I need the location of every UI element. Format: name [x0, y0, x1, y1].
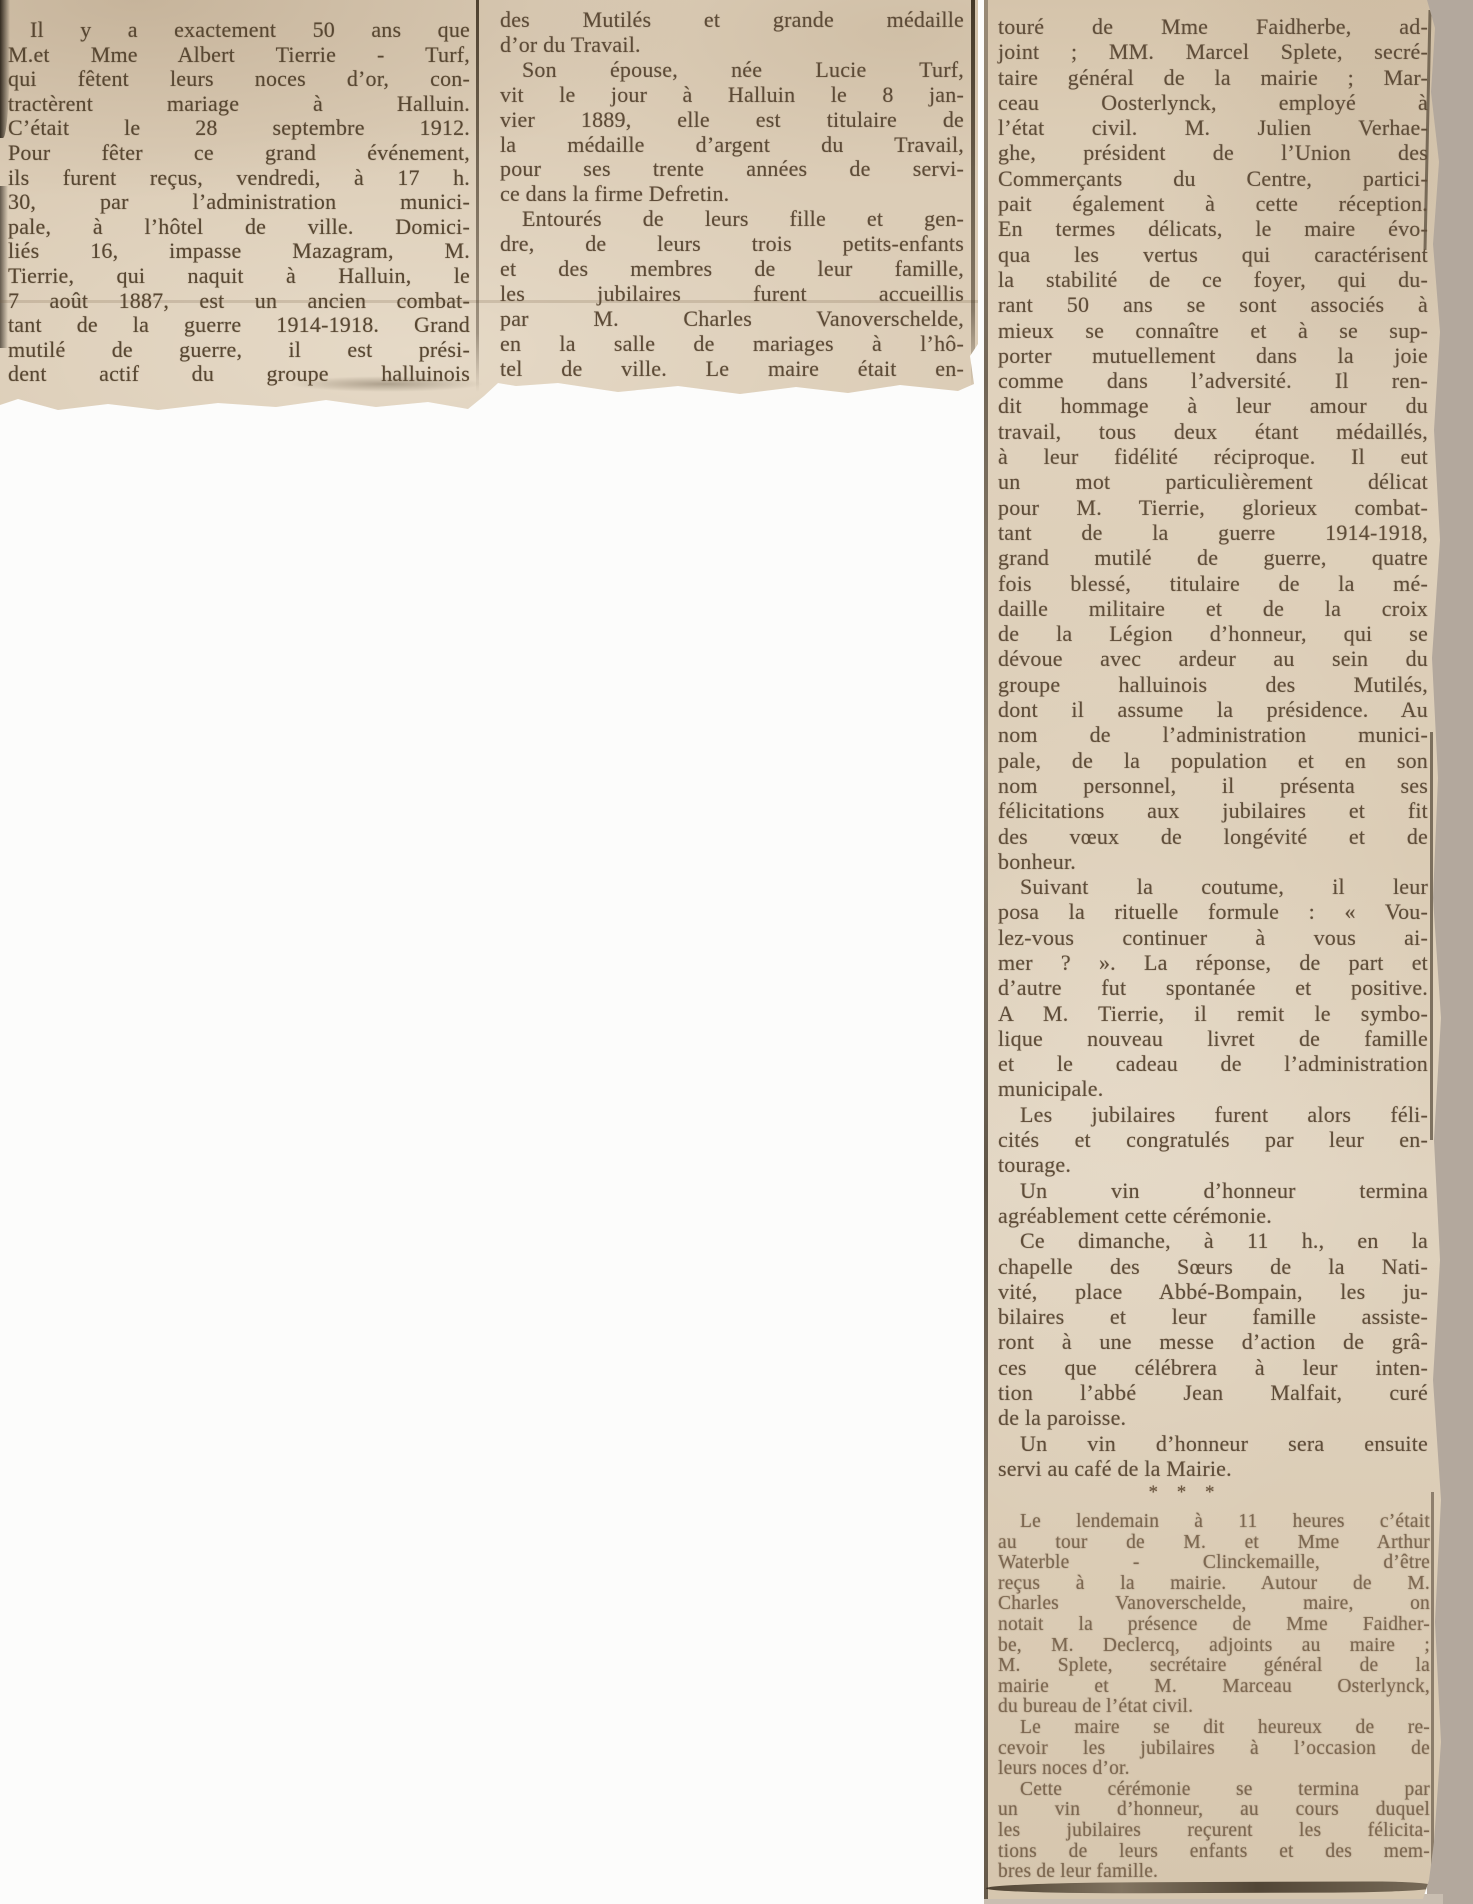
text-line: des vœux de longévité et de [998, 824, 1428, 849]
text-line: municipale. [998, 1076, 1428, 1101]
text-line: liés 16, impasse Mazagram, M. [8, 239, 470, 264]
text-line: mairie et M. Marceau Osterlynck, [998, 1677, 1430, 1698]
text-line: nom de l’administration munici- [998, 722, 1428, 747]
text-line: dévoue avec ardeur au sein du [998, 646, 1428, 671]
text-line: M.et Mme Albert Tierrie - Turf, [8, 43, 470, 68]
text-line: touré de Mme Faidherbe, ad- [998, 14, 1428, 39]
text-line: Le maire se dit heureux de re- [998, 1718, 1430, 1739]
text-line: Waterble - Clinckemaille, d’être [998, 1553, 1430, 1574]
section-separator: * * * [970, 1482, 1400, 1504]
text-line: dre, de leurs trois petits-enfants [500, 232, 964, 257]
text-line: ces que célébrera à leur inten- [998, 1355, 1428, 1380]
text-line: A M. Tierrie, il remit le symbo- [998, 1001, 1428, 1026]
column-divider-rule-2 [971, 0, 975, 388]
clipping-right-strip: touré de Mme Faidherbe, ad-joint ; MM. M… [984, 0, 1443, 1899]
text-line: lique nouveau livret de famille [998, 1026, 1428, 1051]
text-line: pour M. Tierrie, glorieux combat- [998, 495, 1428, 520]
text-line: Les jubilaires furent alors féli- [998, 1102, 1428, 1127]
torn-edge-strip-right-lower [1431, 1492, 1434, 1880]
text-line: Il y a exactement 50 ans que [8, 18, 470, 43]
text-line: Entourés de leurs fille et gen- [500, 207, 964, 232]
text-line: à leur fidélité réciproque. Il eut [998, 444, 1428, 469]
column-divider-rule-1 [476, 0, 479, 392]
article-column-3-part-1: touré de Mme Faidherbe, ad-joint ; MM. M… [998, 14, 1428, 1481]
text-line: qua les vertus qui caractérisent [998, 242, 1428, 267]
text-line: bonheur. [998, 849, 1428, 874]
text-line: agréablement cette cérémonie. [998, 1203, 1428, 1228]
text-line: mer ? ». La réponse, de part et [998, 950, 1428, 975]
text-line: groupe halluinois des Mutilés, [998, 672, 1428, 697]
text-line: ghe, président de l’Union des [998, 140, 1428, 165]
text-line: dent actif du groupe halluinois [8, 362, 470, 387]
text-line: cevoir les jubilaires à l’occasion de [998, 1739, 1430, 1760]
text-line: vit le jour à Halluin le 8 jan- [500, 83, 964, 108]
text-line: reçus à la mairie. Autour de M. [998, 1574, 1430, 1595]
text-line: dit hommage à leur amour du [998, 393, 1428, 418]
text-line: ils furent reçus, vendredi, à 17 h. [8, 166, 470, 191]
text-line: tion l’abbé Jean Malfait, curé [998, 1380, 1428, 1405]
text-line: Pour fêter ce grand événement, [8, 141, 470, 166]
article-column-1: Il y a exactement 50 ans queM.et Mme Alb… [8, 18, 470, 387]
text-line: félicitations aux jubilaires et fit [998, 798, 1428, 823]
text-line: 7 août 1887, est un ancien combat- [8, 289, 470, 314]
page: Il y a exactement 50 ans queM.et Mme Alb… [0, 0, 1473, 1904]
text-line: Cette cérémonie se termina par [998, 1780, 1430, 1801]
text-line: comme dans l’adversité. Il ren- [998, 368, 1428, 393]
text-line: au tour de M. et Mme Arthur [998, 1533, 1430, 1554]
text-line: ront à une messe d’action de grâ- [998, 1329, 1428, 1354]
text-line: Son épouse, née Lucie Turf, [500, 58, 964, 83]
text-line: Un vin d’honneur termina [998, 1178, 1428, 1203]
text-line: porter mutuellement dans la joie [998, 343, 1428, 368]
text-line: Suivant la coutume, il leur [998, 874, 1428, 899]
text-line: travail, tous deux étant médaillés, [998, 419, 1428, 444]
text-line: pale, de la population et en son [998, 748, 1428, 773]
text-line: vité, place Abbé-Bompain, les ju- [998, 1279, 1428, 1304]
text-line: rant 50 ans se sont associés à [998, 292, 1428, 317]
torn-edge-bottom [986, 1881, 1438, 1894]
text-line: pour ses trente années de servi- [500, 157, 964, 182]
text-line: par M. Charles Vanoverschelde, [500, 307, 964, 332]
text-line: les jubilaires furent accueillis [500, 282, 964, 307]
text-line: taire général de la mairie ; Mar- [998, 65, 1428, 90]
text-line: leurs noces d’or. [998, 1759, 1430, 1780]
text-line: bres de leur famille. [998, 1862, 1430, 1883]
text-line: qui fêtent leurs noces d’or, con- [8, 67, 470, 92]
text-line: 30, par l’administration munici- [8, 190, 470, 215]
text-line: bilaires et leur famille assiste- [998, 1304, 1428, 1329]
article-column-3-part-2: Le lendemain à 11 heures c’étaitau tour … [998, 1512, 1430, 1883]
text-line: en la salle de mariages à l’hô- [500, 332, 964, 357]
text-line: C’était le 28 septembre 1912. [8, 116, 470, 141]
text-line: de la paroisse. [998, 1405, 1428, 1430]
text-line: Le lendemain à 11 heures c’était [998, 1512, 1430, 1533]
text-line: les jubilaires reçurent les félicita- [998, 1821, 1430, 1842]
text-line: En termes délicats, le maire évo- [998, 216, 1428, 241]
text-line: du bureau de l’état civil. [998, 1697, 1430, 1718]
text-line: servi au café de la Mairie. [998, 1456, 1428, 1481]
torn-edge-strip-left [984, 0, 988, 1899]
text-line: Tierrie, qui naquit à Halluin, le [8, 264, 470, 289]
text-line: la médaille d’argent du Travail, [500, 133, 964, 158]
text-line: fois blessé, titulaire de la mé- [998, 571, 1428, 596]
text-line: tourage. [998, 1152, 1428, 1177]
text-line: l’état civil. M. Julien Verhae- [998, 115, 1428, 140]
text-line: lez-vous continuer à vous ai- [998, 925, 1428, 950]
text-line: tractèrent mariage à Halluin. [8, 92, 470, 117]
text-line: de la Légion d’honneur, qui se [998, 621, 1428, 646]
text-line: mutilé de guerre, il est prési- [8, 338, 470, 363]
clipping-top-piece: Il y a exactement 50 ans queM.et Mme Alb… [0, 0, 978, 414]
text-line: Ce dimanche, à 11 h., en la [998, 1228, 1428, 1253]
text-line: joint ; MM. Marcel Splete, secré- [998, 39, 1428, 64]
text-line: d’autre fut spontanée et positive. [998, 975, 1428, 1000]
text-line: tel de ville. Le maire était en- [500, 357, 964, 382]
text-line: cités et congratulés par leur en- [998, 1127, 1428, 1152]
text-line: tant de la guerre 1914-1918, [998, 520, 1428, 545]
text-line: la stabilité de ce foyer, qui du- [998, 267, 1428, 292]
text-line: daille militaire et de la croix [998, 596, 1428, 621]
text-line: ceau Oosterlynck, employé à [998, 90, 1428, 115]
text-line: pait également à cette réception. [998, 191, 1428, 216]
text-line: tant de la guerre 1914-1918. Grand [8, 313, 470, 338]
text-line: un vin d’honneur, au cours duquel [998, 1800, 1430, 1821]
text-line: dont il assume la présidence. Au [998, 697, 1428, 722]
text-line: M. Splete, secrétaire général de la [998, 1656, 1430, 1677]
text-line: grand mutilé de guerre, quatre [998, 545, 1428, 570]
text-line: et des membres de leur famille, [500, 257, 964, 282]
text-line: mieux se connaître et à se sup- [998, 318, 1428, 343]
text-line: vier 1889, elle est titulaire de [500, 108, 964, 133]
text-line: be, M. Declercq, adjoints au maire ; [998, 1636, 1430, 1657]
text-line: et le cadeau de l’administration [998, 1051, 1428, 1076]
text-line: chapelle des Sœurs de la Nati- [998, 1254, 1428, 1279]
text-line: Un vin d’honneur sera ensuite [998, 1431, 1428, 1456]
text-line: d’or du Travail. [500, 33, 964, 58]
text-line: pale, à l’hôtel de ville. Domici- [8, 215, 470, 240]
text-line: notait la présence de Mme Faidher- [998, 1615, 1430, 1636]
text-line: un mot particulièrement délicat [998, 469, 1428, 494]
text-line: Charles Vanoverschelde, maire, on [998, 1594, 1430, 1615]
text-line: posa la rituelle formule : « Vou- [998, 899, 1428, 924]
text-line: tions de leurs enfants et des mem- [998, 1842, 1430, 1863]
text-line: des Mutilés et grande médaille [500, 8, 964, 33]
text-line: nom personnel, il présenta ses [998, 773, 1428, 798]
torn-edge-left-lower [0, 186, 8, 348]
text-line: ce dans la firme Defretin. [500, 182, 964, 207]
article-column-2: des Mutilés et grande médailled’or du Tr… [500, 8, 964, 382]
torn-edge-strip-right-middle [1430, 732, 1433, 1140]
text-line: Commerçants du Centre, partici- [998, 166, 1428, 191]
